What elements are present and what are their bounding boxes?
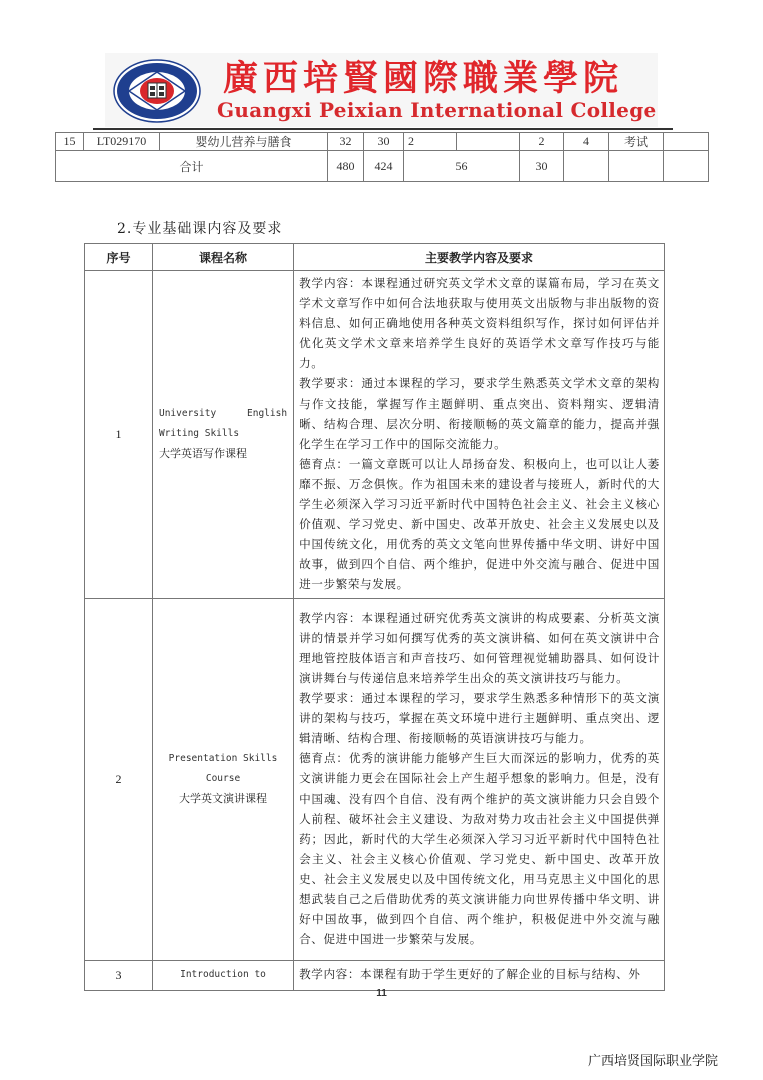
table-row: 3 Introduction to 教学内容：本课程有助于学生更好的了解企业的目… [85, 960, 665, 990]
empty-cell [609, 151, 664, 182]
course-name-cell: Presentation Skills Course 大学英文演讲课程 [152, 598, 293, 960]
course-description-cell: 教学内容：本课程通过研究英文学术文章的谋篇布局，学习在英文学术文章写作中如何合法… [294, 271, 665, 599]
table-row: 15 LT029170 婴幼儿营养与膳食 32 30 2 2 4 考试 [56, 133, 709, 151]
teaching-requirements: 教学要求：通过本课程的学习，要求学生熟悉多种情形下的英文演讲的架构与技巧，掌握在… [299, 688, 660, 748]
moral-education-points: 德育点：一篇文章既可以让人昂扬奋发、积极向上，也可以让人萎靡不振、万念俱恢。作为… [299, 454, 660, 595]
empty-cell [664, 151, 709, 182]
teaching-content: 教学内容：本课程有助于学生更好的了解企业的目标与结构、外 [299, 964, 660, 984]
notes-cell [664, 133, 709, 151]
course-name-cell: Introduction to [152, 960, 293, 990]
college-emblem-icon [113, 59, 201, 123]
header-divider [93, 128, 673, 130]
course-name-en: Presentation Skills [153, 749, 293, 769]
total-row: 合计 480 424 56 30 [56, 151, 709, 182]
page-number: 11 [0, 988, 763, 999]
table-row: 2 Presentation Skills Course 大学英文演讲课程 教学… [85, 598, 665, 960]
course-name-en-line2: Writing Skills [159, 424, 293, 444]
course-name-cn: 大学英语写作课程 [159, 444, 293, 464]
assessment-type: 考试 [609, 133, 664, 151]
credits-sum: 30 [520, 151, 564, 182]
header-course-name: 课程名称 [152, 244, 293, 271]
practice-hours: 2 [404, 133, 457, 151]
course-description-cell: 教学内容：本课程有助于学生更好的了解企业的目标与结构、外 [294, 960, 665, 990]
empty-cell [564, 151, 609, 182]
course-name-en: University English [159, 404, 293, 424]
theory-hours: 30 [364, 133, 404, 151]
course-name-cn: 大学英文演讲课程 [153, 789, 293, 809]
teaching-content: 教学内容：本课程通过研究英文学术文章的谋篇布局，学习在英文学术文章写作中如何合法… [299, 273, 660, 373]
logo-chinese-name: 廣西培賢國際職業學院 [223, 59, 623, 99]
course-summary-table: 15 LT029170 婴幼儿营养与膳食 32 30 2 2 4 考试 合计 4… [55, 132, 709, 182]
table-row: 1 University English Writing Skills 大学英语… [85, 271, 665, 599]
teaching-requirements: 教学要求：通过本课程的学习，要求学生熟悉英文学术文章的架构与作文技能，掌握写作主… [299, 373, 660, 453]
moral-education-points: 德育点：优秀的演讲能力能够产生巨大而深远的影响力，优秀的英文演讲能力更会在国际社… [299, 748, 660, 949]
table-header-row: 序号 课程名称 主要教学内容及要求 [85, 244, 665, 271]
course-description-cell: 教学内容：本课程通过研究优秀英文演讲的构成要素、分析英文演讲的情景并学习如何撰写… [294, 598, 665, 960]
row-number: 1 [85, 271, 153, 599]
teaching-content: 教学内容：本课程通过研究优秀英文演讲的构成要素、分析英文演讲的情景并学习如何撰写… [299, 608, 660, 688]
header-content: 主要教学内容及要求 [294, 244, 665, 271]
section-title: 2.专业基础课内容及要求 [117, 218, 282, 238]
course-content-table: 序号 课程名称 主要教学内容及要求 1 University English W… [84, 243, 665, 991]
course-name-en-line2: Course [153, 769, 293, 789]
empty-cell [457, 133, 520, 151]
course-name-en: Introduction to [153, 965, 293, 985]
logo-english-name: Guangxi Peixian International College [217, 99, 657, 121]
credits: 2 [520, 133, 564, 151]
total-label: 合计 [56, 151, 328, 182]
practice-hours-sum: 56 [404, 151, 520, 182]
course-code: LT029170 [84, 133, 160, 151]
semester: 4 [564, 133, 609, 151]
course-name-cell: University English Writing Skills 大学英语写作… [152, 271, 293, 599]
header-banner: 廣西培賢國際職業學院 Guangxi Peixian International… [105, 53, 658, 127]
row-number: 15 [56, 133, 84, 151]
row-number: 3 [85, 960, 153, 990]
total-hours: 32 [328, 133, 364, 151]
row-number: 2 [85, 598, 153, 960]
total-hours-sum: 480 [328, 151, 364, 182]
footer-institution: 广西培贤国际职业学院 [588, 1050, 718, 1069]
theory-hours-sum: 424 [364, 151, 404, 182]
header-number: 序号 [85, 244, 153, 271]
course-name: 婴幼儿营养与膳食 [160, 133, 328, 151]
